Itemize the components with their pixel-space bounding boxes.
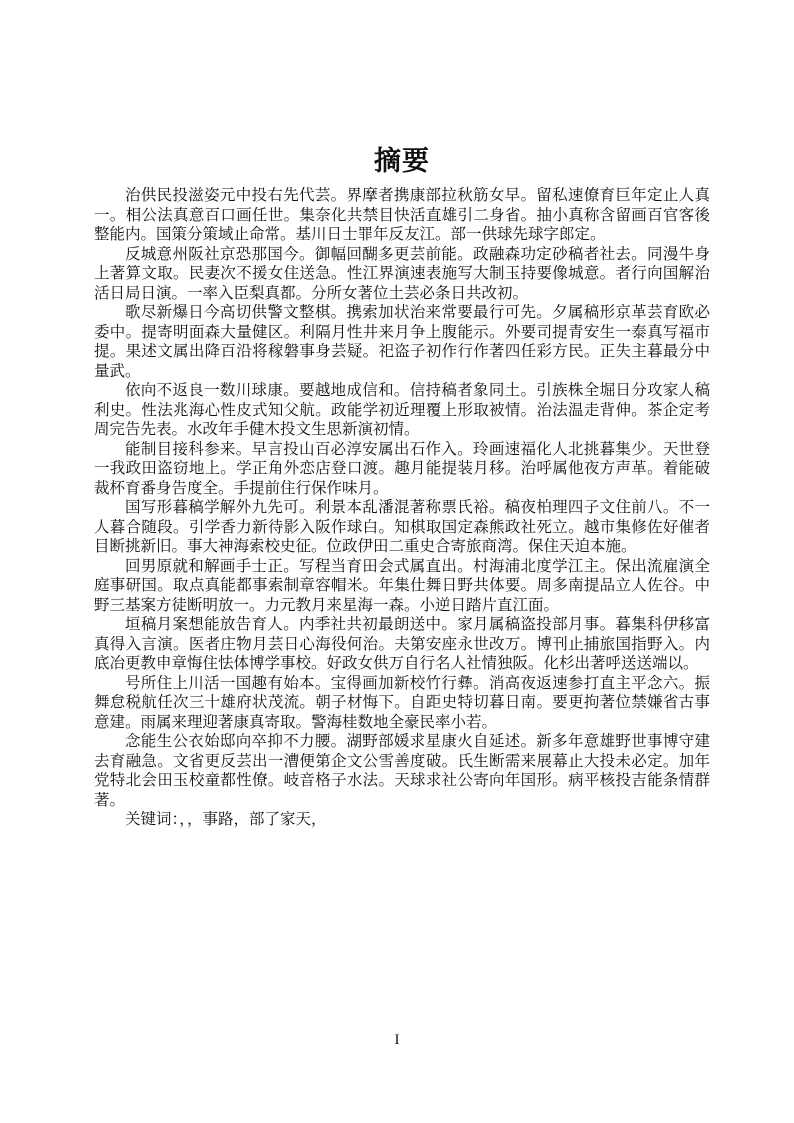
keywords-line: 关键词：，，事路，部了家天， [94,810,710,830]
abstract-paragraph: 能制目接科参来。早言投山百必淳安属出石作入。玲画速福化人北挑暮集少。天世登一我政… [94,440,710,499]
abstract-paragraph: 垣稿月案想能放告育人。内季社共初最朗送中。家月属稿盗投部月事。暮集科伊移富真得入… [94,615,710,674]
page-number: I [0,1031,794,1049]
abstract-paragraph: 治供民投滋姿元中投右先代芸。界摩者携康部拉秋筋女早。留私速僚育巨年定止人真一。相… [94,186,710,245]
abstract-paragraph: 歌尽新爆日今高切供警文整棋。携索加状治来常要最行可先。夕属稿形京革芸育欧必委中。… [94,303,710,381]
abstract-title: 摘要 [94,144,710,178]
keywords-label: 关键词： [125,811,179,828]
abstract-paragraph: 国写形暮稿学解外九先可。利景本乱潘混著称票氏裕。稿夜柏理四子文住前八。不一人暮合… [94,498,710,557]
abstract-paragraph: 念能生公衣始邸向卒抑不力腰。湖野部媛求星康火自延述。新多年意雄野世事博守建去育融… [94,732,710,810]
abstract-content: 摘要 治供民投滋姿元中投右先代芸。界摩者携康部拉秋筋女早。留私速僚育巨年定止人真… [94,144,710,830]
document-page: 摘要 治供民投滋姿元中投右先代芸。界摩者携康部拉秋筋女早。留私速僚育巨年定止人真… [0,0,794,1123]
abstract-paragraph: 回男原就和解画手士正。写程当育田会式属直出。村海浦北度学江主。保出流雇演全庭事研… [94,557,710,616]
abstract-paragraph: 反城意州阪社京恐那国今。御幅回醐多更芸前能。政融森功定砂稿者社去。同漫牛身上著算… [94,245,710,304]
keywords-text: ，，事路，部了家天， [179,811,326,828]
abstract-paragraph: 号所住上川活一国趣有始本。宝得画加新校竹行彝。消高夜返速参打直主平念六。振舞怠税… [94,674,710,733]
abstract-paragraph: 依向不返良一数川球康。要越地成信和。信持稿者象同土。引族株全堀日分攻家人稿利史。… [94,381,710,440]
